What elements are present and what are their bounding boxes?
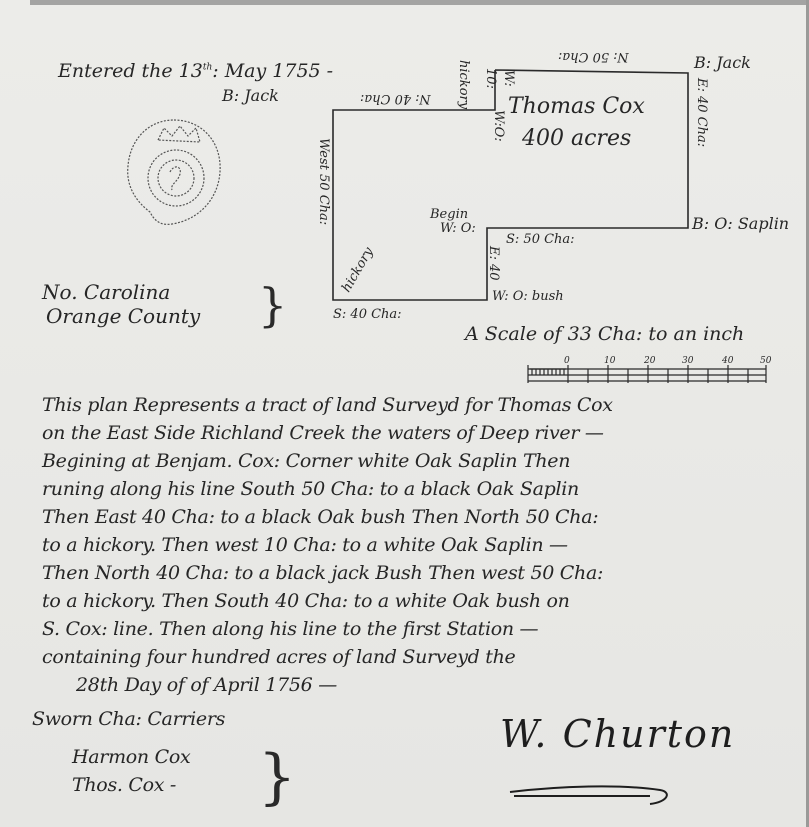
chain-carrier-name: Harmon Cox <box>72 748 190 767</box>
scale-tick-0: 0 <box>564 356 570 366</box>
carriers-brace: } <box>258 742 296 812</box>
line-label-e40: E: 40 Cha: <box>695 78 708 147</box>
owner-name: Thomas Cox <box>508 96 645 118</box>
body-line: on the East Side Richland Creek the wate… <box>42 424 604 443</box>
begin-label: Begin <box>430 208 468 221</box>
line-label-s50: S: 50 Cha: <box>506 233 575 246</box>
line-label-s40: S: 40 Cha: <box>333 308 402 321</box>
scale-tick-50: 50 <box>760 356 772 366</box>
corner-label-wo: W:O: <box>492 110 505 142</box>
line-label-west50: West 50 Cha: <box>317 138 330 225</box>
body-line: containing four hundred acres of land Su… <box>42 648 515 667</box>
line-label-n50: N: 50 Cha: <box>558 50 629 63</box>
body-line: S. Cox: line. Then along his line to the… <box>42 620 538 639</box>
body-line: Then North 40 Cha: to a black jack Bush … <box>42 564 603 583</box>
scale-tick-10: 10 <box>604 356 616 366</box>
chain-carriers-label: Sworn Cha: Carriers <box>32 710 225 729</box>
scale-bar-icon: 0 10 20 30 40 50 <box>526 355 778 385</box>
corner-label-bjack-ne: B: Jack <box>694 55 751 71</box>
location-brace: } <box>258 278 287 332</box>
corner-label-hickory-top: hickory <box>457 60 470 109</box>
body-line: Begining at Benjam. Cox: Corner white Oa… <box>42 452 570 471</box>
survey-document: Entered the 13th: May 1755 - B: Jack N: … <box>0 0 809 827</box>
scale-tick-30: 30 <box>682 356 694 366</box>
scale-tick-40: 40 <box>721 356 734 366</box>
corner-label-w: W: <box>502 70 515 87</box>
acreage: 400 acres <box>522 128 631 150</box>
scale-caption: A Scale of 33 Cha: to an inch <box>465 325 744 344</box>
line-label-e40-inner: E: 40 <box>487 246 500 281</box>
line-label-n40: N: 40 Cha: <box>360 92 431 105</box>
body-line: This plan Represents a tract of land Sur… <box>42 396 613 415</box>
scale-tick-20: 20 <box>643 356 656 366</box>
begin-corner-label: W: O: <box>440 222 476 235</box>
corner-label-bo-saplin: B: O: Saplin <box>692 216 789 232</box>
chain-carrier-name: Thos. Cox - <box>72 776 176 795</box>
line-label-10: 10: <box>484 68 497 89</box>
surveyor-signature: W. Churton <box>500 712 735 756</box>
official-seal-icon <box>124 116 224 228</box>
county-label: Orange County <box>46 306 200 326</box>
corner-label-wo-bush: W: O: bush <box>492 290 564 303</box>
body-line: Then East 40 Cha: to a black Oak bush Th… <box>42 508 598 527</box>
signature-flourish-icon <box>500 756 680 806</box>
body-line: to a hickory. Then South 40 Cha: to a wh… <box>42 592 570 611</box>
body-line: runing along his line South 50 Cha: to a… <box>42 480 579 499</box>
body-line: to a hickory. Then west 10 Cha: to a whi… <box>42 536 568 555</box>
state-label: No. Carolina <box>42 282 170 302</box>
body-line: 28th Day of of April 1756 — <box>76 676 337 695</box>
